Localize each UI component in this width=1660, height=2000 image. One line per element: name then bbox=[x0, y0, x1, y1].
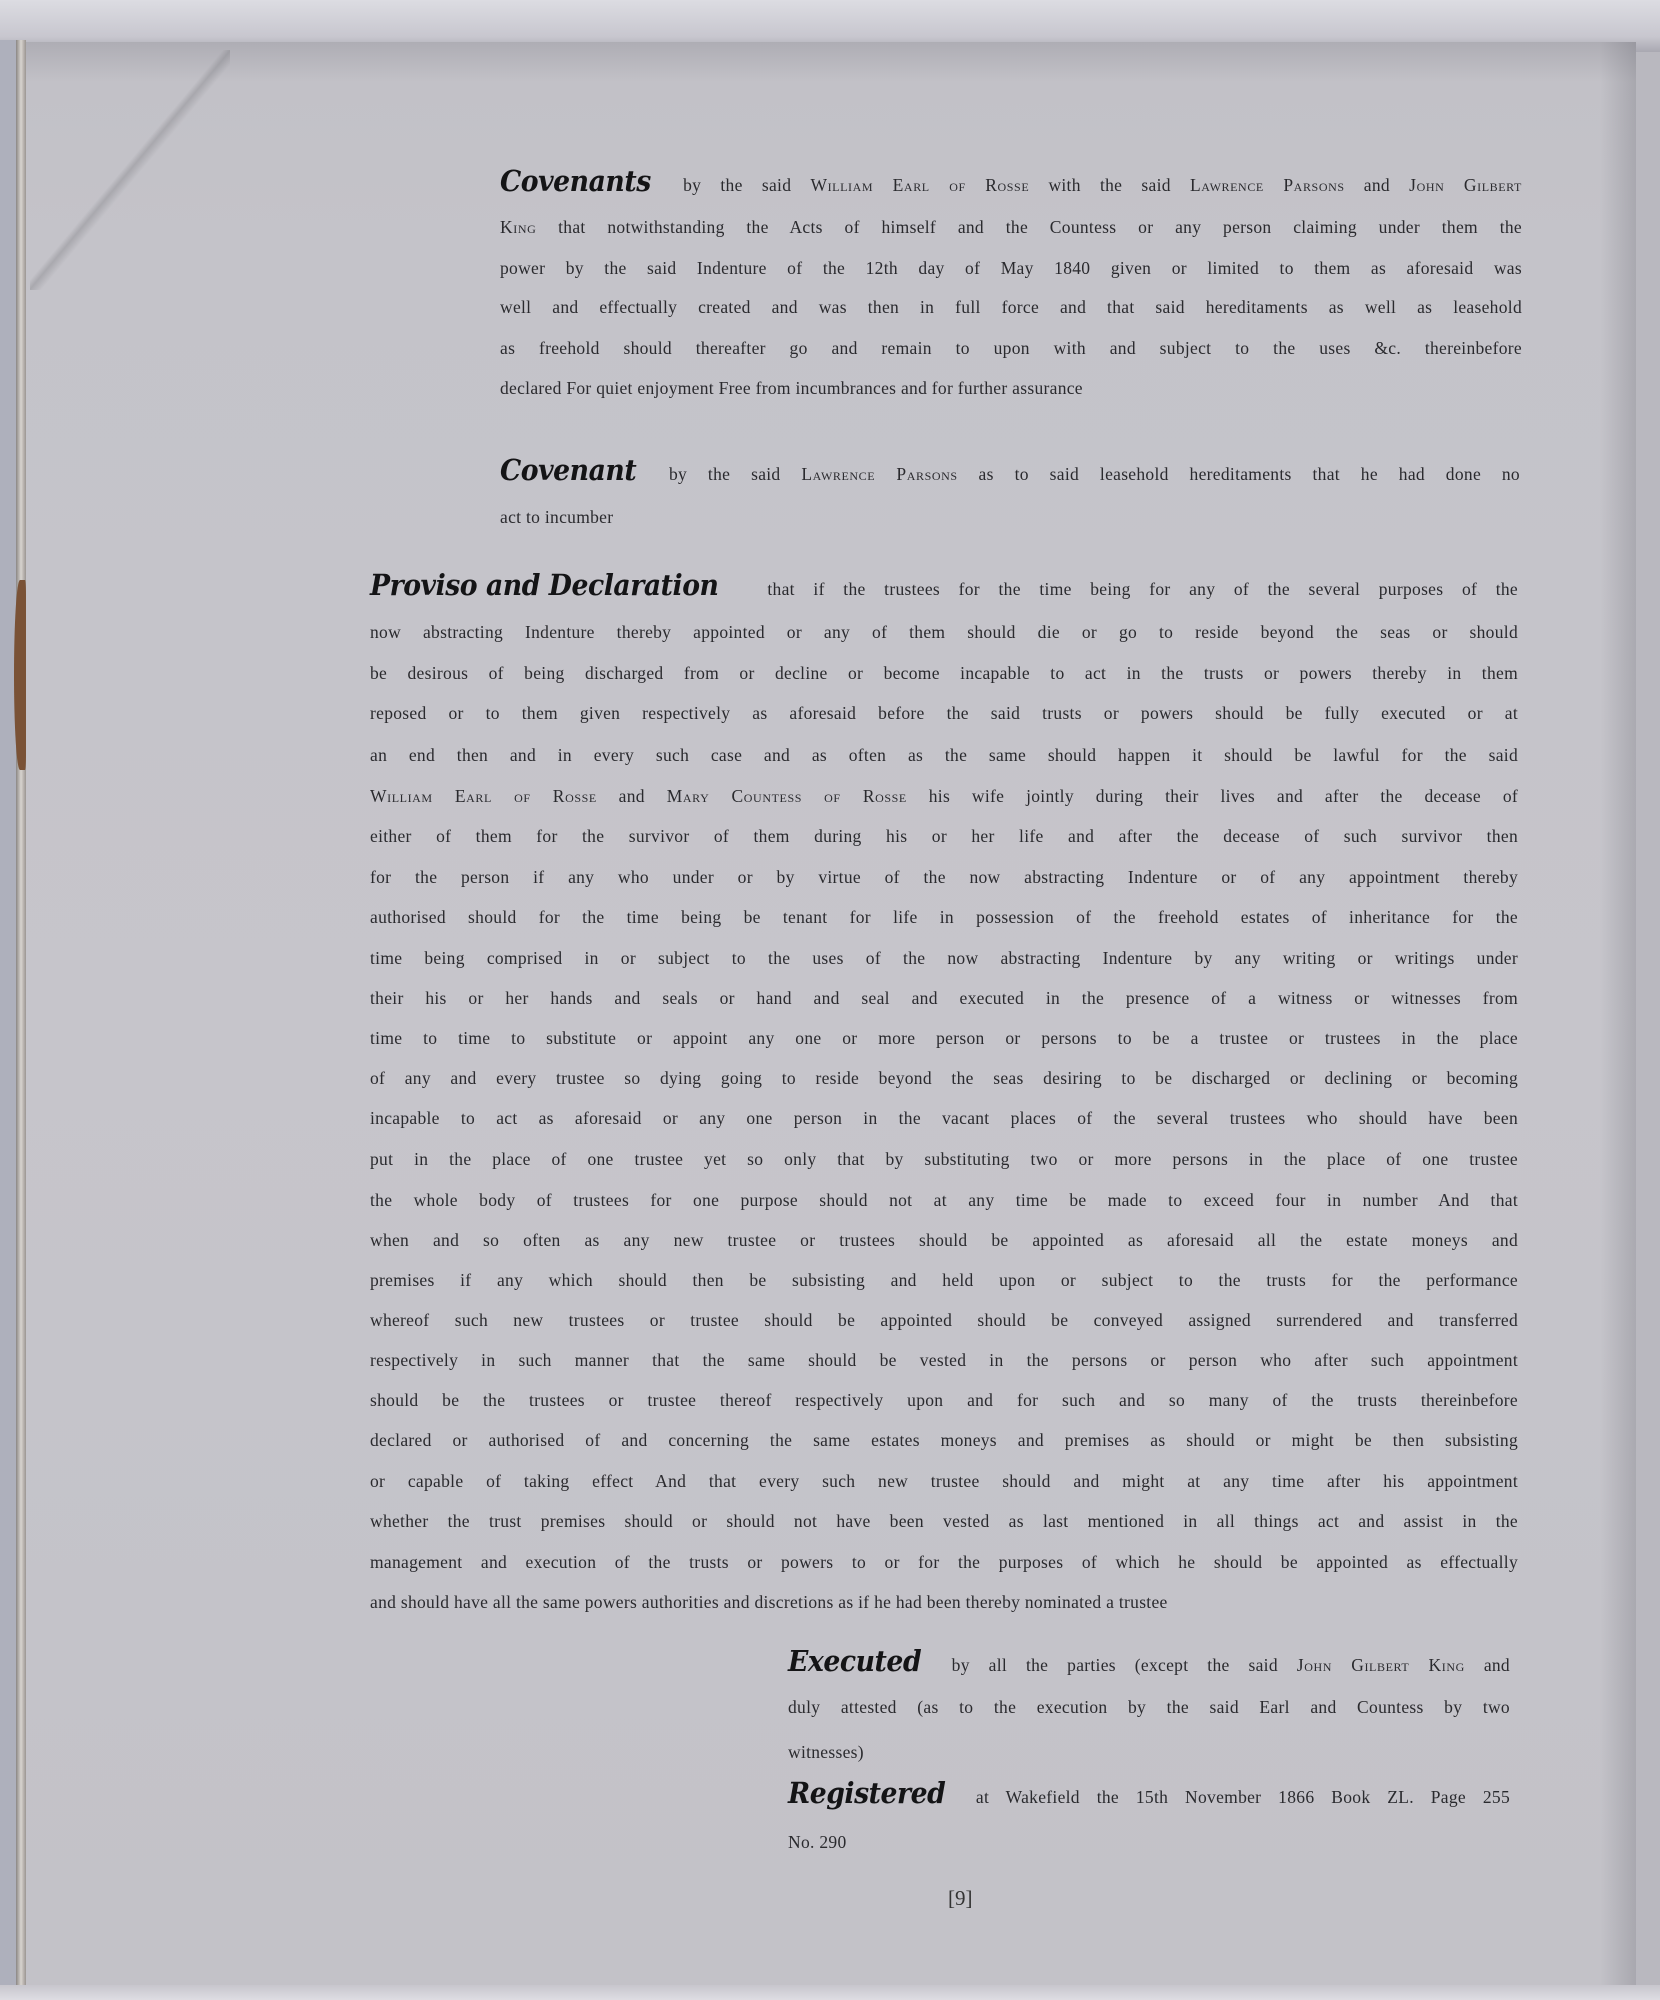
text-line: time to time to substitute or appoint an… bbox=[370, 1028, 1518, 1068]
page-number: [9] bbox=[948, 1886, 973, 1911]
text-line: William Earl of Rosse and Mary Countess … bbox=[370, 786, 1518, 826]
text-line: and should have all the same powers auth… bbox=[370, 1592, 1168, 1613]
text-line: of any and every trustee so dying going … bbox=[370, 1068, 1518, 1108]
blackletter-heading: Executed bbox=[788, 1644, 921, 1678]
blackletter-heading: Covenant bbox=[500, 453, 636, 487]
text-line: act to incumber bbox=[500, 507, 613, 528]
page-fold-crease bbox=[30, 50, 230, 290]
text-line: should be the trustees or trustee thereo… bbox=[370, 1390, 1518, 1430]
text-line: whereof such new trustees or trustee sho… bbox=[370, 1310, 1518, 1350]
text-line: or capable of taking effect And that eve… bbox=[370, 1471, 1518, 1511]
text-line: declared For quiet enjoyment Free from i… bbox=[500, 378, 1083, 399]
text-line: management and execution of the trusts o… bbox=[370, 1552, 1518, 1592]
text-line: Registered at Wakefield the 15th Novembe… bbox=[788, 1776, 1510, 1816]
text-line: incapable to act as aforesaid or any one… bbox=[370, 1108, 1518, 1148]
text-line: put in the place of one trustee yet so o… bbox=[370, 1149, 1518, 1189]
text-line: be desirous of being discharged from or … bbox=[370, 663, 1518, 703]
text-line: well and effectually created and was the… bbox=[500, 297, 1522, 337]
text-line: their his or her hands and seals or hand… bbox=[370, 988, 1518, 1028]
page-edge-shadow bbox=[1600, 42, 1636, 1987]
text-line: declared or authorised of and concerning… bbox=[370, 1430, 1518, 1470]
party-name: Lawrence Parsons bbox=[1190, 175, 1345, 195]
text-line: an end then and in every such case and a… bbox=[370, 745, 1518, 785]
text-line: Covenant by the said Lawrence Parsons as… bbox=[500, 453, 1520, 493]
spine-tear bbox=[14, 580, 26, 770]
text-line: time being comprised in or subject to th… bbox=[370, 948, 1518, 988]
text-line: respectively in such manner that the sam… bbox=[370, 1350, 1518, 1390]
text-line: reposed or to them given respectively as… bbox=[370, 703, 1518, 743]
text-line: Proviso and Declaration that if the trus… bbox=[370, 568, 1518, 608]
blackletter-heading: Proviso and Declaration bbox=[370, 568, 718, 602]
party-name: Mary Countess of Rosse bbox=[667, 786, 907, 806]
text-line: premises if any which should then be sub… bbox=[370, 1270, 1518, 1310]
text-line: as freehold should thereafter go and rem… bbox=[500, 338, 1522, 378]
text-line: No. 290 bbox=[788, 1832, 847, 1853]
party-name: John Gilbert bbox=[1409, 175, 1522, 195]
text-line: for the person if any who under or by vi… bbox=[370, 867, 1518, 907]
text-line: authorised should for the time being be … bbox=[370, 907, 1518, 947]
text-line: now abstracting Indenture thereby appoin… bbox=[370, 622, 1518, 662]
text-line: the whole body of trustees for one purpo… bbox=[370, 1190, 1518, 1230]
text-line: Covenants by the said William Earl of Ro… bbox=[500, 164, 1522, 204]
blackletter-heading: Registered bbox=[788, 1776, 945, 1810]
text-line: when and so often as any new trustee or … bbox=[370, 1230, 1518, 1270]
cloth-border-bottom bbox=[0, 1985, 1660, 2000]
page-spine bbox=[16, 40, 26, 1990]
party-name: King bbox=[500, 217, 536, 237]
text-line: Executed by all the parties (except the … bbox=[788, 1644, 1510, 1684]
text-line: power by the said Indenture of the 12th … bbox=[500, 258, 1522, 298]
text-line: either of them for the survivor of them … bbox=[370, 826, 1518, 866]
text-line: whether the trust premises should or sho… bbox=[370, 1511, 1518, 1551]
text-line: duly attested (as to the execution by th… bbox=[788, 1697, 1510, 1737]
blackletter-heading: Covenants bbox=[500, 164, 651, 198]
text-line: King that notwithstanding the Acts of hi… bbox=[500, 217, 1522, 257]
party-name: William Earl of Rosse bbox=[810, 175, 1029, 195]
text-line: witnesses) bbox=[788, 1742, 864, 1763]
party-name: John Gilbert King bbox=[1297, 1655, 1465, 1675]
party-name: William Earl of Rosse bbox=[370, 786, 597, 806]
party-name: Lawrence Parsons bbox=[801, 464, 957, 484]
